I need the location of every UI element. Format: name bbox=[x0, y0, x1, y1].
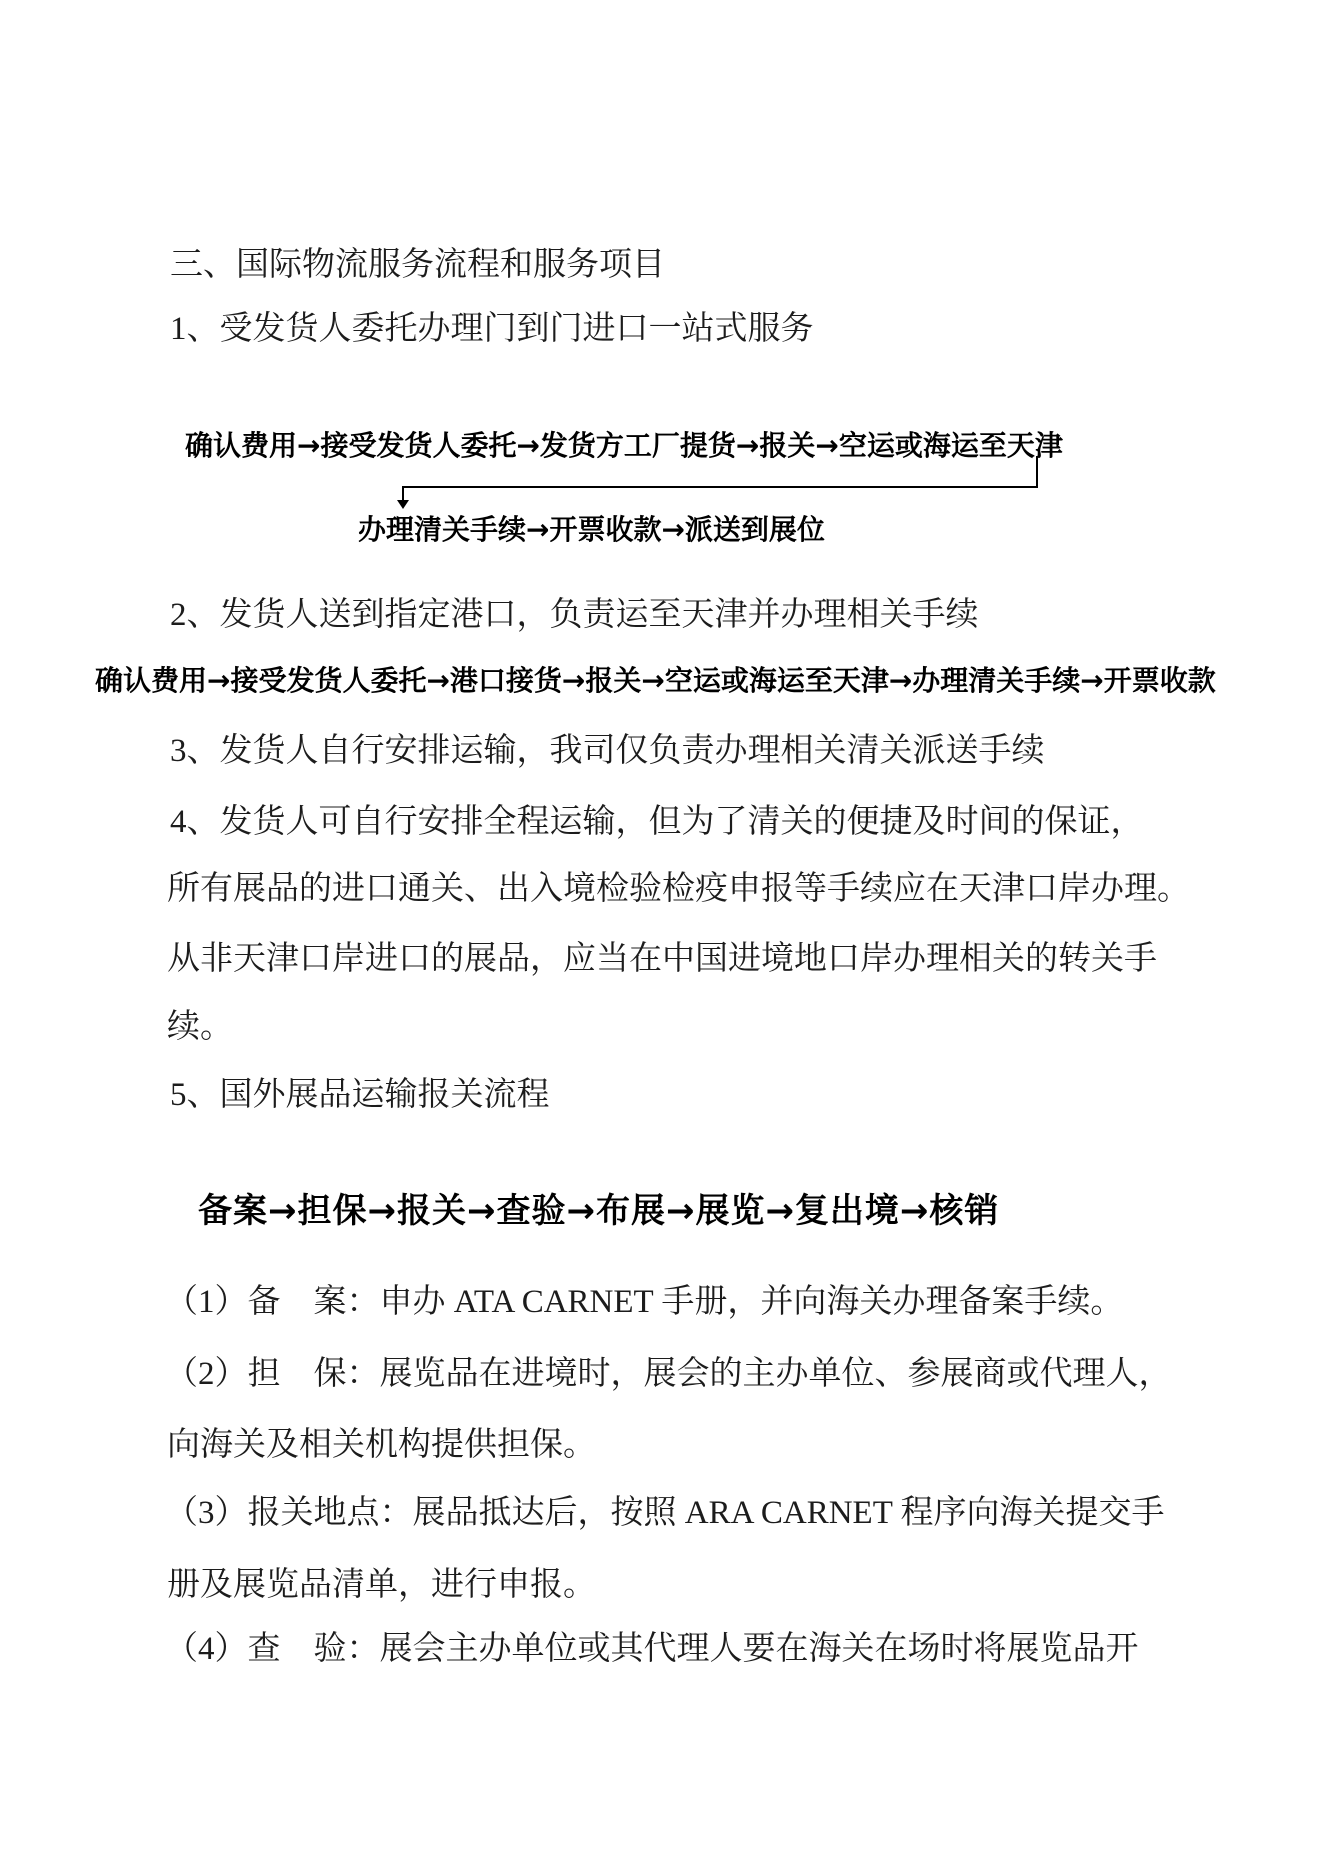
list-item-2: 2、发货人送到指定港口，负责运至天津并办理相关手续 bbox=[170, 596, 979, 636]
paragraph-2-line-1: （2）担 保：展览品在进境时，展会的主办单位、参展商或代理人， bbox=[165, 1355, 1172, 1395]
flow-diagram-3: 备案→担保→报关→查验→布展→展览→复出境→核销 bbox=[198, 1183, 999, 1232]
flow-diagram-2: 确认费用→接受发货人委托→港口接货→报关→空运或海运至天津→办理清关手续→开票收… bbox=[95, 659, 1216, 699]
flow-diagram-1-line-2: 办理清关手续→开票收款→派送到展位 bbox=[358, 508, 825, 548]
list-item-4-line-3: 从非天津口岸进口的展品，应当在中国进境地口岸办理相关的转关手 bbox=[167, 940, 1157, 980]
list-item-4-line-1: 4、发货人可自行安排全程运输，但为了清关的便捷及时间的保证， bbox=[170, 803, 1144, 843]
flow-connector-horizontal bbox=[402, 486, 1038, 488]
document-page: 三、国际物流服务流程和服务项目 1、受发货人委托办理门到门进口一站式服务 确认费… bbox=[0, 0, 1323, 1871]
list-item-5: 5、国外展品运输报关流程 bbox=[170, 1076, 550, 1116]
paragraph-4: （4）查 验：展会主办单位或其代理人要在海关在场时将展览品开 bbox=[165, 1630, 1139, 1670]
list-item-4-line-4: 续。 bbox=[167, 1008, 233, 1048]
list-item-1: 1、受发货人委托办理门到门进口一站式服务 bbox=[170, 310, 814, 350]
section-heading: 三、国际物流服务流程和服务项目 bbox=[170, 246, 665, 286]
paragraph-2-line-2: 向海关及相关机构提供担保。 bbox=[167, 1426, 596, 1466]
list-item-3: 3、发货人自行安排运输，我司仅负责办理相关清关派送手续 bbox=[170, 732, 1045, 772]
paragraph-1: （1）备 案：申办 ATA CARNET 手册，并向海关办理备案手续。 bbox=[165, 1283, 1123, 1323]
list-item-4-line-2: 所有展品的进口通关、出入境检验检疫申报等手续应在天津口岸办理。 bbox=[167, 870, 1190, 910]
paragraph-3-line-1: （3）报关地点：展品抵达后，按照 ARA CARNET 程序向海关提交手 bbox=[165, 1494, 1165, 1534]
paragraph-3-line-2: 册及展览品清单，进行申报。 bbox=[167, 1566, 596, 1606]
flow-diagram-1-line-1: 确认费用→接受发货人委托→发货方工厂提货→报关→空运或海运至天津 bbox=[185, 424, 1063, 464]
flow-connector-vertical-right bbox=[1036, 456, 1038, 487]
